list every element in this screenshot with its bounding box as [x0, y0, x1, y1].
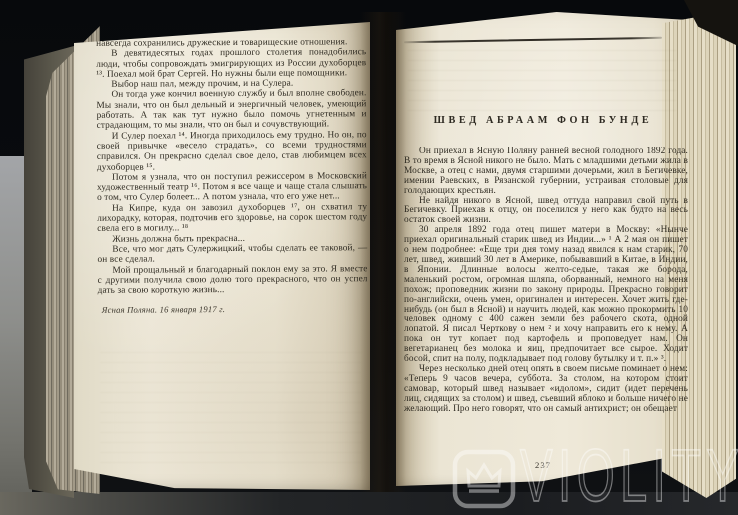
left-page-text: навсегда сохранились дружеские и товарищ… [96, 37, 368, 337]
page-number: 237 [400, 460, 686, 470]
body-paragraph: Он приехал в Ясную Поляну ранней весной … [404, 147, 688, 197]
body-paragraph: Через несколько дней отец опять в своем … [404, 365, 688, 415]
book-photo: навсегда сохранились дружеские и товарищ… [0, 0, 738, 515]
table-surface [0, 492, 738, 515]
body-paragraph: Мой прощальный и благодарный поклон ему … [97, 264, 367, 297]
chapter-heading: ШВЕД АБРААМ ФОН БУНДЕ [400, 115, 686, 126]
body-paragraph: В девятидесятых годах прошлого столетия … [96, 47, 366, 80]
body-paragraph: Не найдя никого в Ясной, швед оттуда нап… [404, 197, 688, 227]
body-paragraph: 30 апреля 1892 года отец пишет матери в … [404, 226, 688, 365]
dateline: Ясная Поляна. 16 января 1917 г. [98, 304, 368, 316]
body-paragraph: Потом я узнала, что он поступил режиссер… [97, 171, 367, 204]
right-page-text: Он приехал в Ясную Поляну ранней весной … [404, 147, 688, 458]
body-paragraph: Он тогда уже кончил военную службу и был… [96, 89, 366, 132]
body-paragraph: И Сулер поехал ¹⁴. Иногда приходилось ем… [97, 130, 367, 173]
body-paragraph: На Кипре, куда он завозил духоборцев ¹⁷,… [97, 202, 367, 235]
body-paragraph: Все, что мог дать Сулержицкий, чтобы сде… [97, 243, 367, 265]
